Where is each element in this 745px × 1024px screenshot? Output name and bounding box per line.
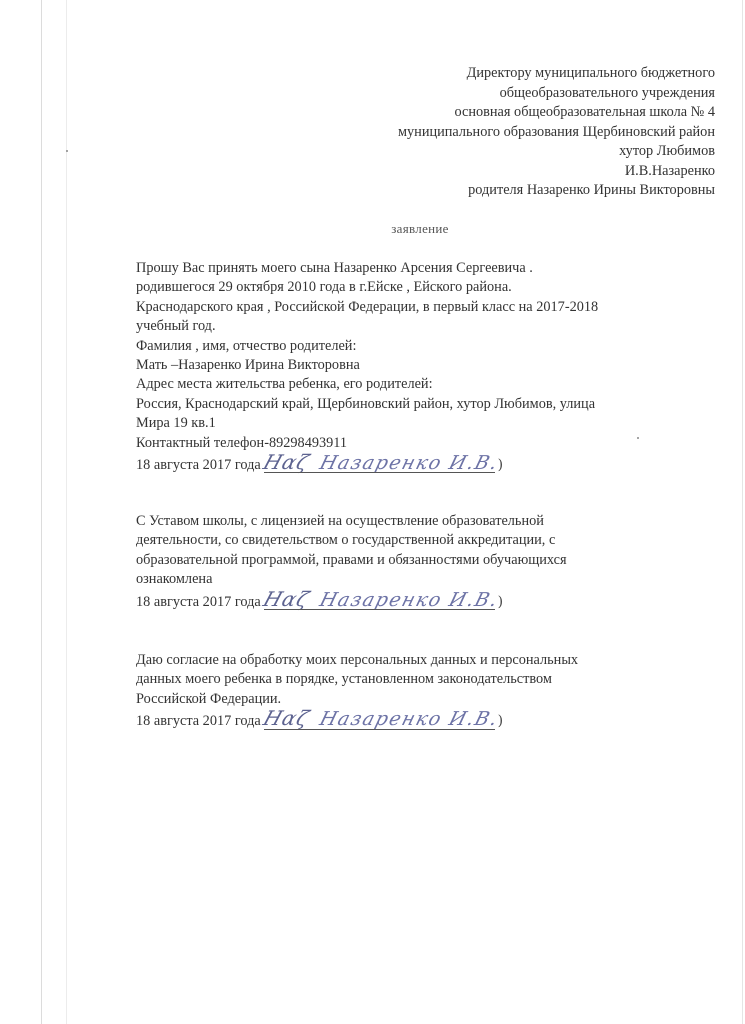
text-line: Россия, Краснодарский край, Щербиновский… xyxy=(136,395,726,414)
scan-artifact-line xyxy=(66,0,67,1024)
text-line: Краснодарского края , Российской Федерац… xyxy=(136,298,726,317)
text-line: образовательной программой, правами и об… xyxy=(136,551,726,570)
text-line: Мать –Назаренко Ирина Викторовна xyxy=(136,356,726,375)
acknowledgement-block: С Уставом школы, с лицензией на осуществ… xyxy=(136,512,726,612)
request-block: Прошу Вас принять моего сына Назаренко А… xyxy=(136,259,726,475)
date-signature-line: 18 августа 2017 года Ηαζ Назаренко И.В.) xyxy=(136,709,726,731)
handwritten-signature: Ηαζ Назаренко И.В.) xyxy=(264,453,503,475)
text-line: Адрес места жительства ребенка, его роди… xyxy=(136,375,726,394)
text-line: деятельности, со свидетельством о госуда… xyxy=(136,531,726,550)
signature-name: Назаренко И.В. xyxy=(317,710,500,729)
scan-artifact-line xyxy=(41,0,42,1024)
signature-underline xyxy=(264,729,495,730)
signature-underline xyxy=(264,472,495,473)
addressee-line: основная общеобразовательная школа № 4 xyxy=(398,103,715,123)
text-line: родившегося 29 октября 2010 года в г.Ейс… xyxy=(136,278,726,297)
signature-mark: Ηαζ xyxy=(261,453,312,472)
signature-mark: Ηαζ xyxy=(261,709,312,728)
addressee-line: родителя Назаренко Ирины Викторовны xyxy=(398,181,715,201)
scan-speck xyxy=(66,150,68,152)
consent-block: Даю согласие на обработку моих персональ… xyxy=(136,651,726,732)
addressee-header: Директору муниципального бюджетного обще… xyxy=(398,64,715,201)
text-line: Фамилия , имя, отчество родителей: xyxy=(136,337,726,356)
text-line: С Уставом школы, с лицензией на осуществ… xyxy=(136,512,726,531)
signature-name: Назаренко И.В. xyxy=(317,591,500,610)
addressee-line: хутор Любимов xyxy=(398,142,715,162)
scan-artifact-line xyxy=(742,0,743,1024)
text-line: Мира 19 кв.1 xyxy=(136,414,726,433)
text-line: данных моего ребенка в порядке, установл… xyxy=(136,670,726,689)
text-line: ознакомлена xyxy=(136,570,726,589)
addressee-line: муниципального образования Щербиновский … xyxy=(398,123,715,143)
addressee-line: И.В.Назаренко xyxy=(398,162,715,182)
text-line: Контактный телефон-89298493911 xyxy=(136,434,726,453)
handwritten-signature: Ηαζ Назаренко И.В.) xyxy=(264,709,503,731)
text-line: учебный год. xyxy=(136,317,726,336)
date-text: 18 августа 2017 года xyxy=(136,457,261,473)
signature-name: Назаренко И.В. xyxy=(317,454,500,473)
signature-mark: Ηαζ xyxy=(261,590,312,609)
document-title: заявление xyxy=(0,221,745,237)
date-text: 18 августа 2017 года xyxy=(136,594,261,610)
addressee-line: Директору муниципального бюджетного xyxy=(398,64,715,84)
date-signature-line: 18 августа 2017 года Ηαζ Назаренко И.В.) xyxy=(136,453,726,475)
text-line: Российской Федерации. xyxy=(136,690,726,709)
handwritten-signature: Ηαζ Назаренко И.В.) xyxy=(264,590,503,612)
date-signature-line: 18 августа 2017 года Ηαζ Назаренко И.В.) xyxy=(136,590,726,612)
date-text: 18 августа 2017 года xyxy=(136,713,261,729)
text-line: Даю согласие на обработку моих персональ… xyxy=(136,651,726,670)
signature-underline xyxy=(264,609,495,610)
addressee-line: общеобразовательного учреждения xyxy=(398,84,715,104)
text-line: Прошу Вас принять моего сына Назаренко А… xyxy=(136,259,726,278)
